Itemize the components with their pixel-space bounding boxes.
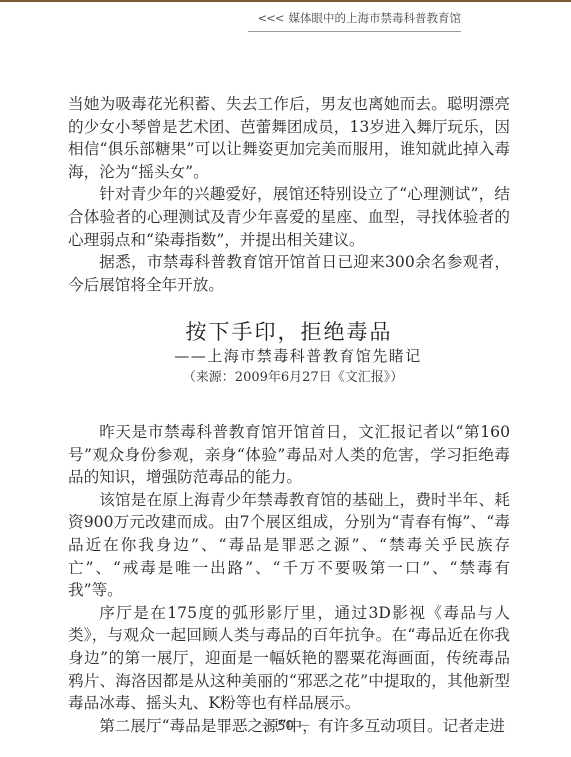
top-border-rule <box>0 0 571 2</box>
continued-article-body: 当她为吸毒花光积蓄、失去工作后，男友也离她而去。聪明漂亮的少女小琴曾是艺术团、芭… <box>68 93 510 296</box>
paragraph: 针对青少年的兴趣爱好，展馆还特别设立了“心理测试”，结合体验者的心理测试及青少年… <box>68 183 510 251</box>
article-body: 昨天是市禁毒科普教育馆开馆首日，文汇报记者以“第160号”观众身份参观，亲身“体… <box>68 421 510 737</box>
article-title: 按下手印，拒绝毒品 <box>68 318 510 346</box>
running-header: <<<媒体眼中的上海市禁毒科普教育馆 <box>248 10 461 26</box>
paragraph: 据悉，市禁毒科普教育馆开馆首日已迎来300余名参观者，今后展馆将全年开放。 <box>68 251 510 296</box>
page-number: － 50 － <box>0 715 571 734</box>
header-underline <box>248 31 461 32</box>
paragraph: 序厅是在175度的弧形影厅里，通过3D影视《毒品与人类》，与观众一起回顾人类与毒… <box>68 602 510 715</box>
article-heading: 按下手印，拒绝毒品 ——上海市禁毒科普教育馆先睹记 （来源：2009年6月27日… <box>68 318 510 389</box>
chevrons-left-icon: <<< <box>258 11 284 25</box>
article-source: （来源：2009年6月27日《文汇报》） <box>68 367 510 389</box>
article-subtitle: ——上海市禁毒科普教育馆先睹记 <box>68 346 510 367</box>
paragraph: 该馆是在原上海青少年禁毒教育馆的基础上，费时半年、耗资900万元改建而成。由7个… <box>68 489 510 602</box>
running-header-title: 媒体眼中的上海市禁毒科普教育馆 <box>289 11 462 25</box>
paragraph: 昨天是市禁毒科普教育馆开馆首日，文汇报记者以“第160号”观众身份参观，亲身“体… <box>68 421 510 489</box>
paragraph: 当她为吸毒花光积蓄、失去工作后，男友也离她而去。聪明漂亮的少女小琴曾是艺术团、芭… <box>68 93 510 183</box>
